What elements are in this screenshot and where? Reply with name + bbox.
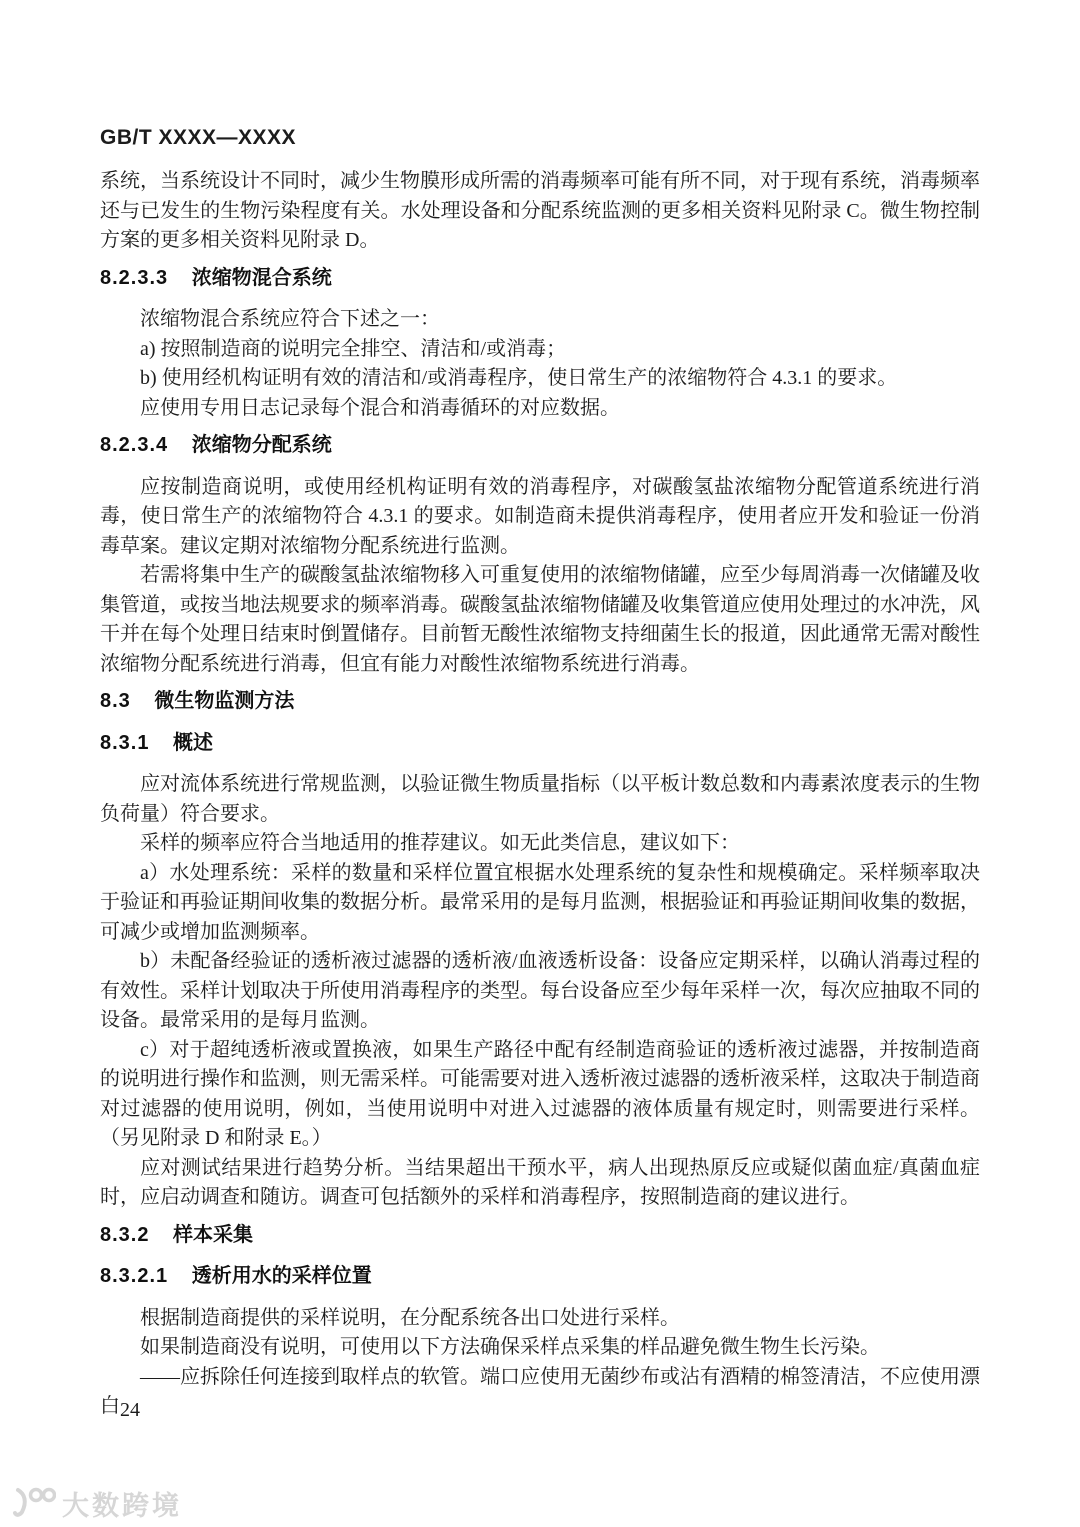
- section-number: 8.3.1: [100, 732, 149, 754]
- section-title: 概述: [173, 732, 213, 754]
- paragraph: 应对测试结果进行趋势分析。当结果超出干预水平，病人出现热原反应或疑似菌血症/真菌…: [100, 1154, 980, 1213]
- section-title: 浓缩物混合系统: [192, 267, 332, 289]
- list-item-b: b) 使用经机构证明有效的清洁和/或消毒程序，使日常生产的浓缩物符合 4.3.1…: [100, 364, 980, 394]
- watermark-logo-icon: [12, 1482, 56, 1520]
- list-item-a: a）水处理系统：采样的数量和采样位置宜根据水处理系统的复杂性和规模确定。采样频率…: [100, 859, 980, 948]
- heading-8-2-3-4: 8.2.3.4 浓缩物分配系统: [100, 431, 980, 461]
- doc-code: GB/T XXXX—XXXX: [100, 126, 296, 150]
- heading-8-3: 8.3 微生物监测方法: [100, 687, 980, 717]
- watermark-text: 大数跨境: [62, 1493, 182, 1520]
- paragraph: 根据制造商提供的采样说明，在分配系统各出口处进行采样。: [100, 1304, 980, 1334]
- paragraph-intro: 系统，当系统设计不同时，减少生物膜形成所需的消毒频率可能有所不同，对于现有系统，…: [100, 167, 980, 256]
- document-page: GB/T XXXX—XXXX 系统，当系统设计不同时，减少生物膜形成所需的消毒频…: [0, 0, 1080, 1527]
- heading-8-3-2-1: 8.3.2.1 透析用水的采样位置: [100, 1262, 980, 1292]
- section-title: 样本采集: [173, 1224, 253, 1246]
- page-number: 24: [120, 1399, 140, 1422]
- document-content: 系统，当系统设计不同时，减少生物膜形成所需的消毒频率可能有所不同，对于现有系统，…: [100, 167, 980, 1422]
- section-number: 8.2.3.3: [100, 267, 168, 289]
- list-item-c: c）对于超纯透析液或置换液，如果生产路径中配有经制造商验证的透析液过滤器，并按制…: [100, 1036, 980, 1154]
- section-title: 透析用水的采样位置: [192, 1265, 372, 1287]
- paragraph-dash-item: ——应拆除任何连接到取样点的软管。端口应使用无菌纱布或沾有酒精的棉签清洁，不应使…: [100, 1363, 980, 1422]
- paragraph: 采样的频率应符合当地适用的推荐建议。如无此类信息，建议如下：: [100, 829, 980, 859]
- paragraph: 若需将集中生产的碳酸氢盐浓缩物移入可重复使用的浓缩物储罐，应至少每周消毒一次储罐…: [100, 561, 980, 679]
- heading-8-3-1: 8.3.1 概述: [100, 729, 980, 759]
- list-item-b: b）未配备经验证的透析液过滤器的透析液/血液透析设备：设备应定期采样，以确认消毒…: [100, 947, 980, 1036]
- paragraph: 应按制造商说明，或使用经机构证明有效的消毒程序，对碳酸氢盐浓缩物分配管道系统进行…: [100, 473, 980, 562]
- section-title: 微生物监测方法: [154, 690, 294, 712]
- heading-8-2-3-3: 8.2.3.3 浓缩物混合系统: [100, 264, 980, 294]
- heading-8-3-2: 8.3.2 样本采集: [100, 1221, 980, 1251]
- paragraph: 浓缩物混合系统应符合下述之一：: [100, 305, 980, 335]
- paragraph: 应对流体系统进行常规监测，以验证微生物质量指标（以平板计数总数和内毒素浓度表示的…: [100, 770, 980, 829]
- section-number: 8.3.2: [100, 1224, 149, 1246]
- section-number: 8.3: [100, 690, 131, 712]
- paragraph: 如果制造商没有说明，可使用以下方法确保采样点采集的样品避免微生物生长污染。: [100, 1333, 980, 1363]
- watermark: 大数跨境: [12, 1482, 182, 1520]
- section-number: 8.2.3.4: [100, 434, 168, 456]
- section-title: 浓缩物分配系统: [192, 434, 332, 456]
- list-item-a: a) 按照制造商的说明完全排空、清洁和/或消毒；: [100, 335, 980, 365]
- paragraph: 应使用专用日志记录每个混合和消毒循环的对应数据。: [100, 394, 980, 424]
- section-number: 8.3.2.1: [100, 1265, 168, 1287]
